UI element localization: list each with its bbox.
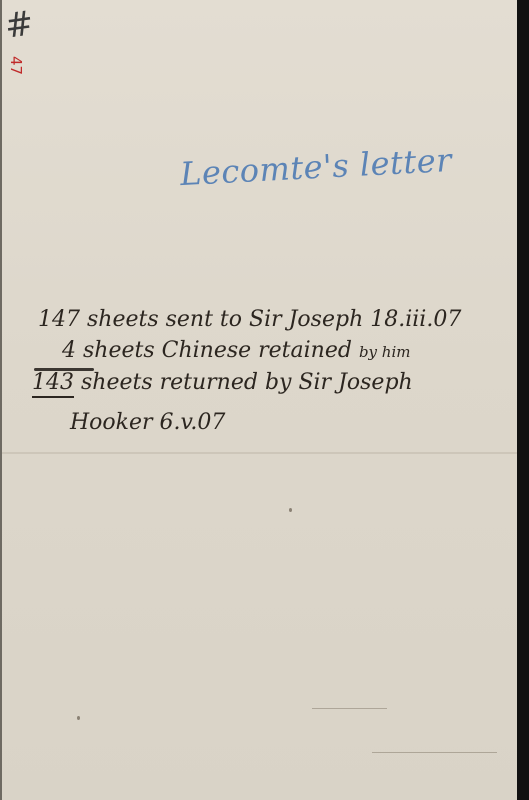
reference-number: 47	[8, 56, 23, 75]
note-line-2-text: 4 sheets Chinese retained	[62, 338, 352, 363]
faint-pencil-stroke	[312, 708, 387, 709]
document-page: # 47 Lecomte's letter 147 sheets sent to…	[0, 0, 517, 800]
paper-speck	[77, 716, 80, 720]
returned-count: 143	[32, 370, 74, 398]
faint-pencil-stroke	[372, 752, 497, 753]
corner-hash-mark: #	[3, 6, 36, 44]
note-line-1-text: 147 sheets sent to Sir Joseph 18.iii.07	[38, 307, 461, 332]
note-line-1: 147 sheets sent to Sir Joseph 18.iii.07	[38, 307, 461, 332]
note-line-2: 4 sheets Chinese retained by him	[62, 338, 410, 363]
paper-fold	[2, 452, 519, 454]
note-line-4-text: Hooker 6.v.07	[70, 410, 225, 435]
note-line-3: 143 sheets returned by Sir Joseph	[32, 370, 413, 395]
document-title: Lecomte's letter	[179, 141, 453, 193]
paper-speck	[289, 508, 292, 512]
note-line-2-small: by him	[359, 343, 411, 361]
note-line-3-text: sheets returned by Sir Joseph	[81, 370, 413, 395]
scan-edge	[517, 0, 529, 800]
note-line-4: Hooker 6.v.07	[70, 410, 225, 435]
